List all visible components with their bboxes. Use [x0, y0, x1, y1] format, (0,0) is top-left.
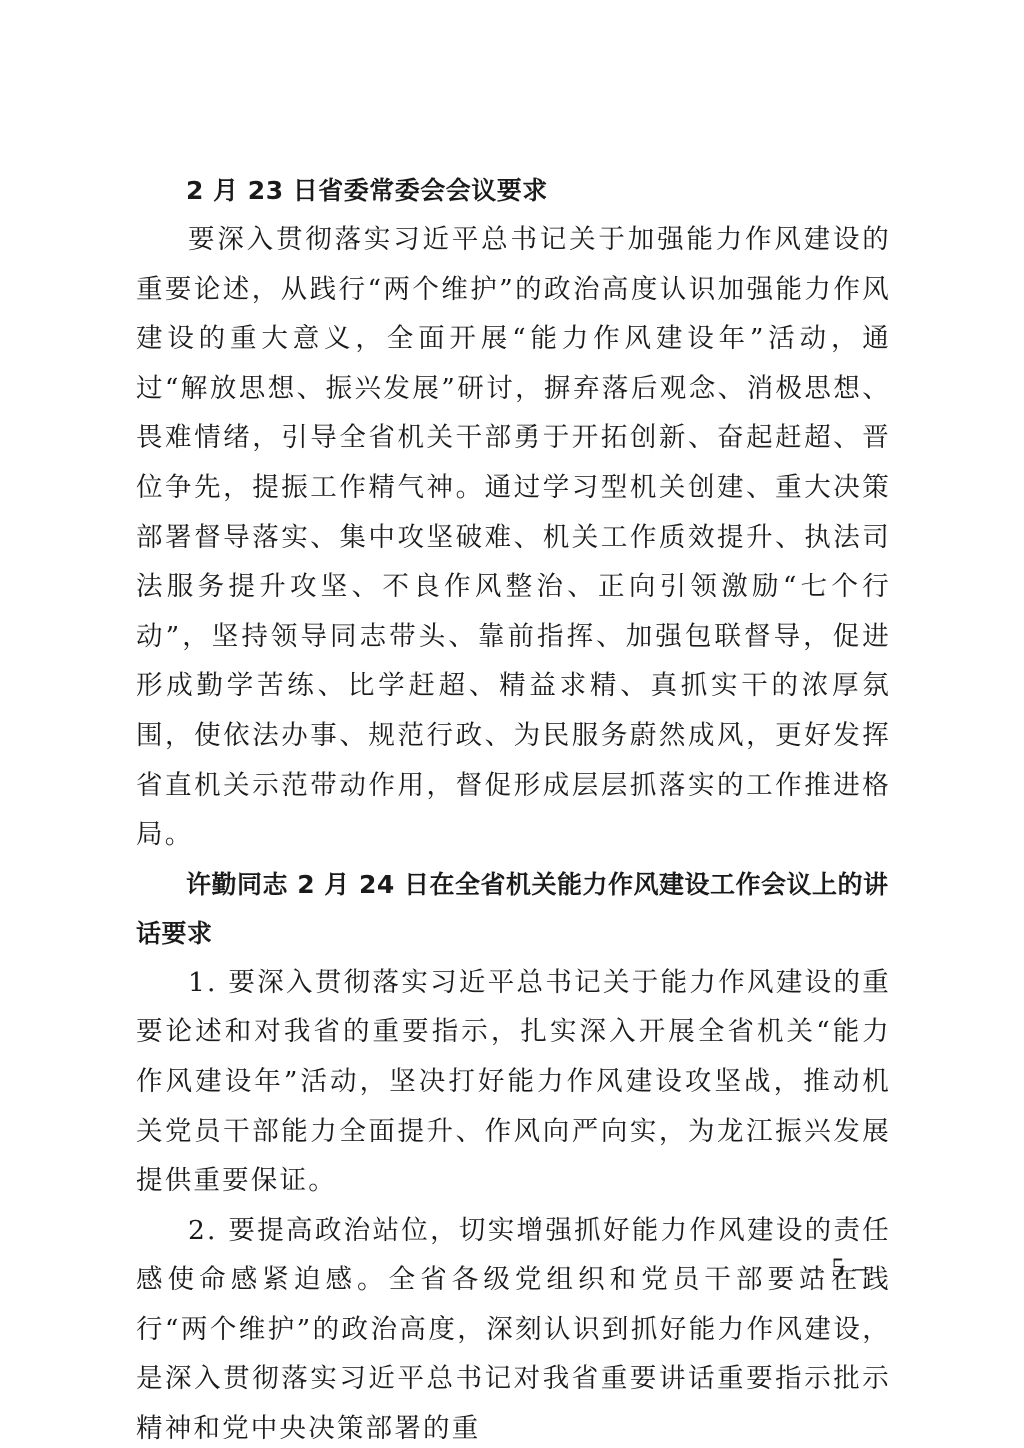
page-number: – 5 – [808, 1253, 870, 1283]
numbered-paragraph-2: 2. 要提高政治站位，切实增强抓好能力作风建设的责任感使命感紧迫感。全省各级党组… [136, 1206, 891, 1448]
document-page: 2 月 23 日省委常委会会议要求 要深入贯彻落实习近平总书记关于加强能力作风建… [136, 166, 891, 1448]
section-heading-xuqin-speech: 许勤同志 2 月 24 日在全省机关能力作风建设工作会议上的讲话要求 [136, 860, 891, 958]
numbered-paragraph-1: 1. 要深入贯彻落实习近平总书记关于能力作风建设的重要论述和对我省的重要指示，扎… [136, 958, 891, 1206]
section-paragraph: 要深入贯彻落实习近平总书记关于加强能力作风建设的重要论述，从践行“两个维护”的政… [136, 215, 891, 860]
section-heading-standing-committee: 2 月 23 日省委常委会会议要求 [136, 166, 891, 215]
